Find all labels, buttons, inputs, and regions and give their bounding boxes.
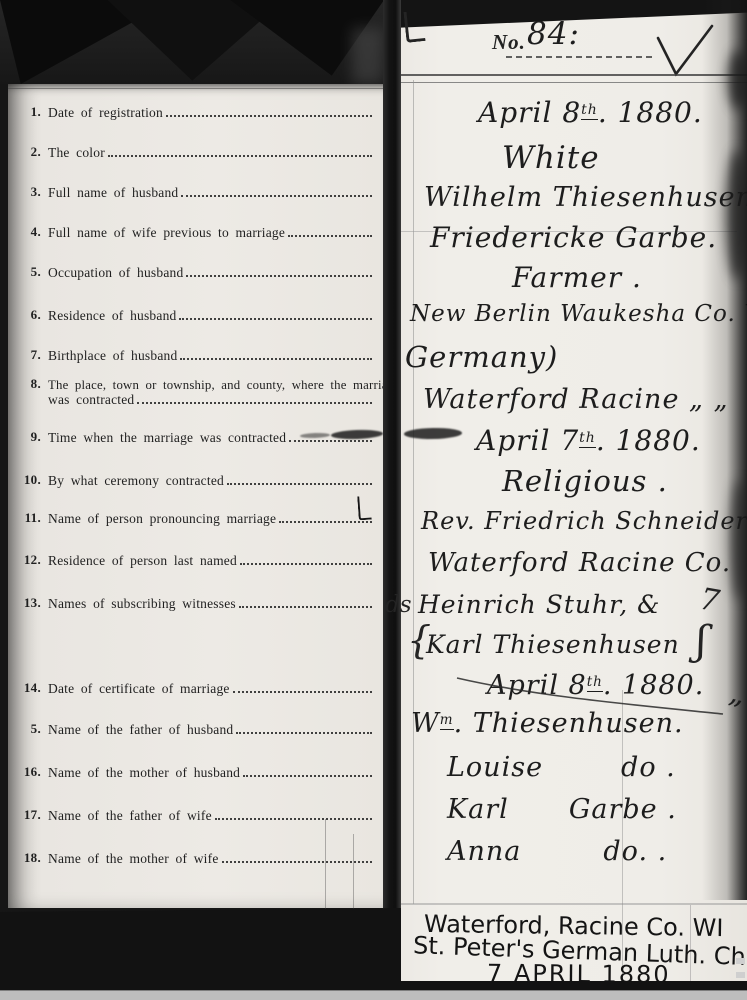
edge-shadow-blob (728, 50, 747, 110)
edge-shadow-blob (726, 150, 747, 280)
answer-witness-2: Karl Thiesenhusen (426, 630, 680, 660)
answer-ceremony: Religious . (502, 464, 668, 499)
answer-marriage-date: April 7th. 1880. (476, 424, 701, 458)
answer-occupation: Farmer . (512, 261, 642, 295)
witness-close-hook-mark: 7 (697, 582, 722, 620)
edge-white-dash (736, 972, 745, 978)
scan-black-bottom-left (0, 908, 401, 990)
answer-wife-father: KarlGarbe . (447, 794, 677, 825)
witness-open-brace-mark: { (407, 618, 431, 662)
answers-layer: April 8th. 1880. White Wilhelm Thiesenhu… (0, 0, 747, 1000)
pen-l-mark-small (357, 496, 372, 521)
answer-registration-date: April 8th. 1880. (478, 96, 703, 130)
pen-strike-line (455, 676, 725, 721)
edge-shadow-blob (730, 480, 747, 600)
answer-wife-mother: Annado. . (447, 836, 667, 867)
witness-close-brace-mark: ʃ (696, 618, 707, 664)
scanned-marriage-record: 1.Date of registration 2.The color 3.Ful… (0, 0, 747, 1000)
answer-birthplace: Germany) (405, 340, 558, 375)
answer-color: White (502, 140, 600, 176)
scan-bottom-strip (0, 990, 747, 1000)
answer-residence-husband: New Berlin Waukesha Co. Wis. (410, 301, 747, 327)
answer-marriage-place: Waterford Racine „ „ (423, 384, 729, 415)
gutter-squiggle-mark: ds (385, 592, 412, 618)
answer-husband-mother: Louisedo . (447, 752, 676, 783)
scan-black-bottom-right (401, 981, 747, 990)
answer-officiant-residence: Waterford Racine Co. (428, 548, 731, 578)
answer-husband-name: Wilhelm Thiesenhusen. (424, 182, 747, 213)
answer-officiant: Rev. Friedrich Schneider. (421, 507, 747, 536)
answer-witness-1: Heinrich Stuhr, & (418, 590, 660, 620)
answer-wife-name: Friedericke Garbe. (430, 221, 717, 255)
edge-white-dash (736, 958, 745, 964)
